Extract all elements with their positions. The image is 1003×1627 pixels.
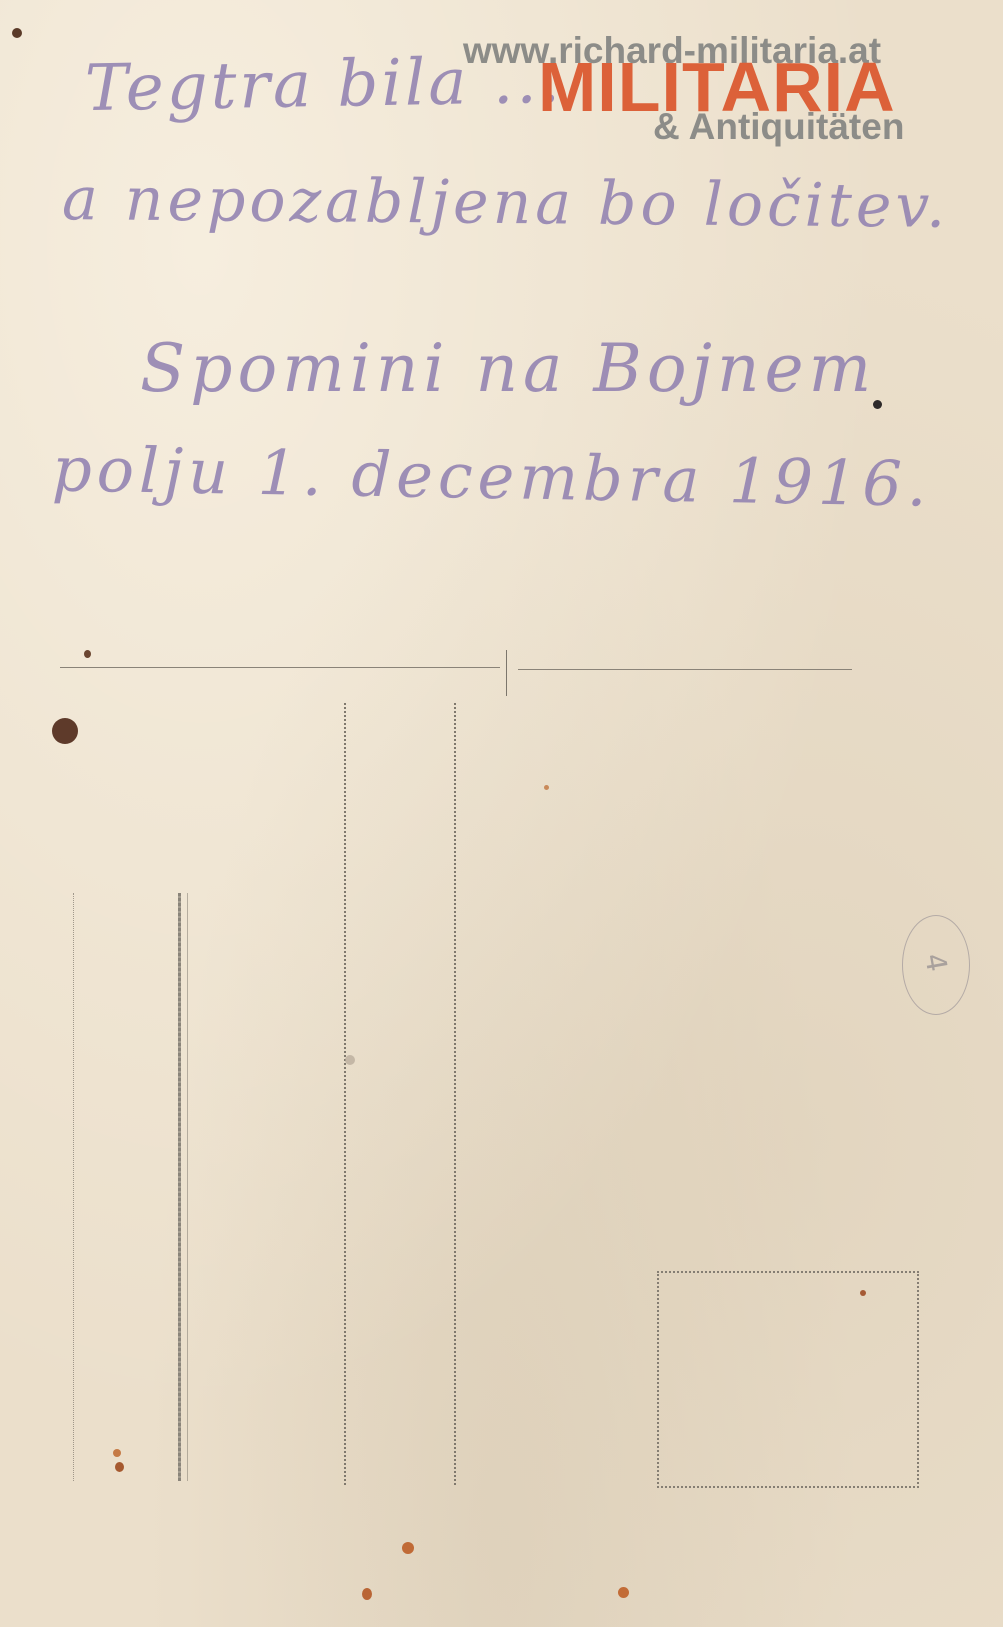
left-printed-line-edge [187, 893, 188, 1481]
pencil-circle-mark: 4 [902, 915, 970, 1015]
postcard-back: Tegtra bila ... a nepozabljena bo ločite… [0, 0, 1003, 1627]
foxing-spot [115, 1462, 124, 1472]
pencil-number: 4 [918, 951, 954, 974]
divider-center-tick [506, 650, 507, 696]
foxing-spot [52, 718, 78, 744]
foxing-spot [860, 1290, 866, 1296]
foxing-spot [345, 1055, 355, 1065]
left-dotted-line [73, 893, 74, 1481]
foxing-spot [113, 1449, 121, 1457]
handwriting-line-4: polju 1. decembra 1916. [51, 432, 932, 520]
divider-line-right [518, 669, 852, 670]
foxing-spot [362, 1588, 372, 1600]
handwriting-line-3: Spomini na Bojnem [140, 330, 876, 407]
foxing-spot [402, 1542, 414, 1554]
stamp-box [657, 1271, 919, 1488]
column-line-1 [344, 703, 346, 1485]
foxing-spot [873, 400, 882, 409]
divider-line-left [60, 667, 500, 668]
foxing-spot [84, 650, 91, 658]
handwriting-line-2: a nepozabljena bo ločitev. [62, 164, 950, 242]
column-line-2 [454, 703, 456, 1485]
watermark-subtitle: & Antiquitäten [653, 106, 904, 148]
foxing-spot [12, 28, 22, 38]
foxing-spot [618, 1587, 629, 1598]
foxing-spot [544, 785, 549, 790]
left-printed-line [178, 893, 181, 1481]
